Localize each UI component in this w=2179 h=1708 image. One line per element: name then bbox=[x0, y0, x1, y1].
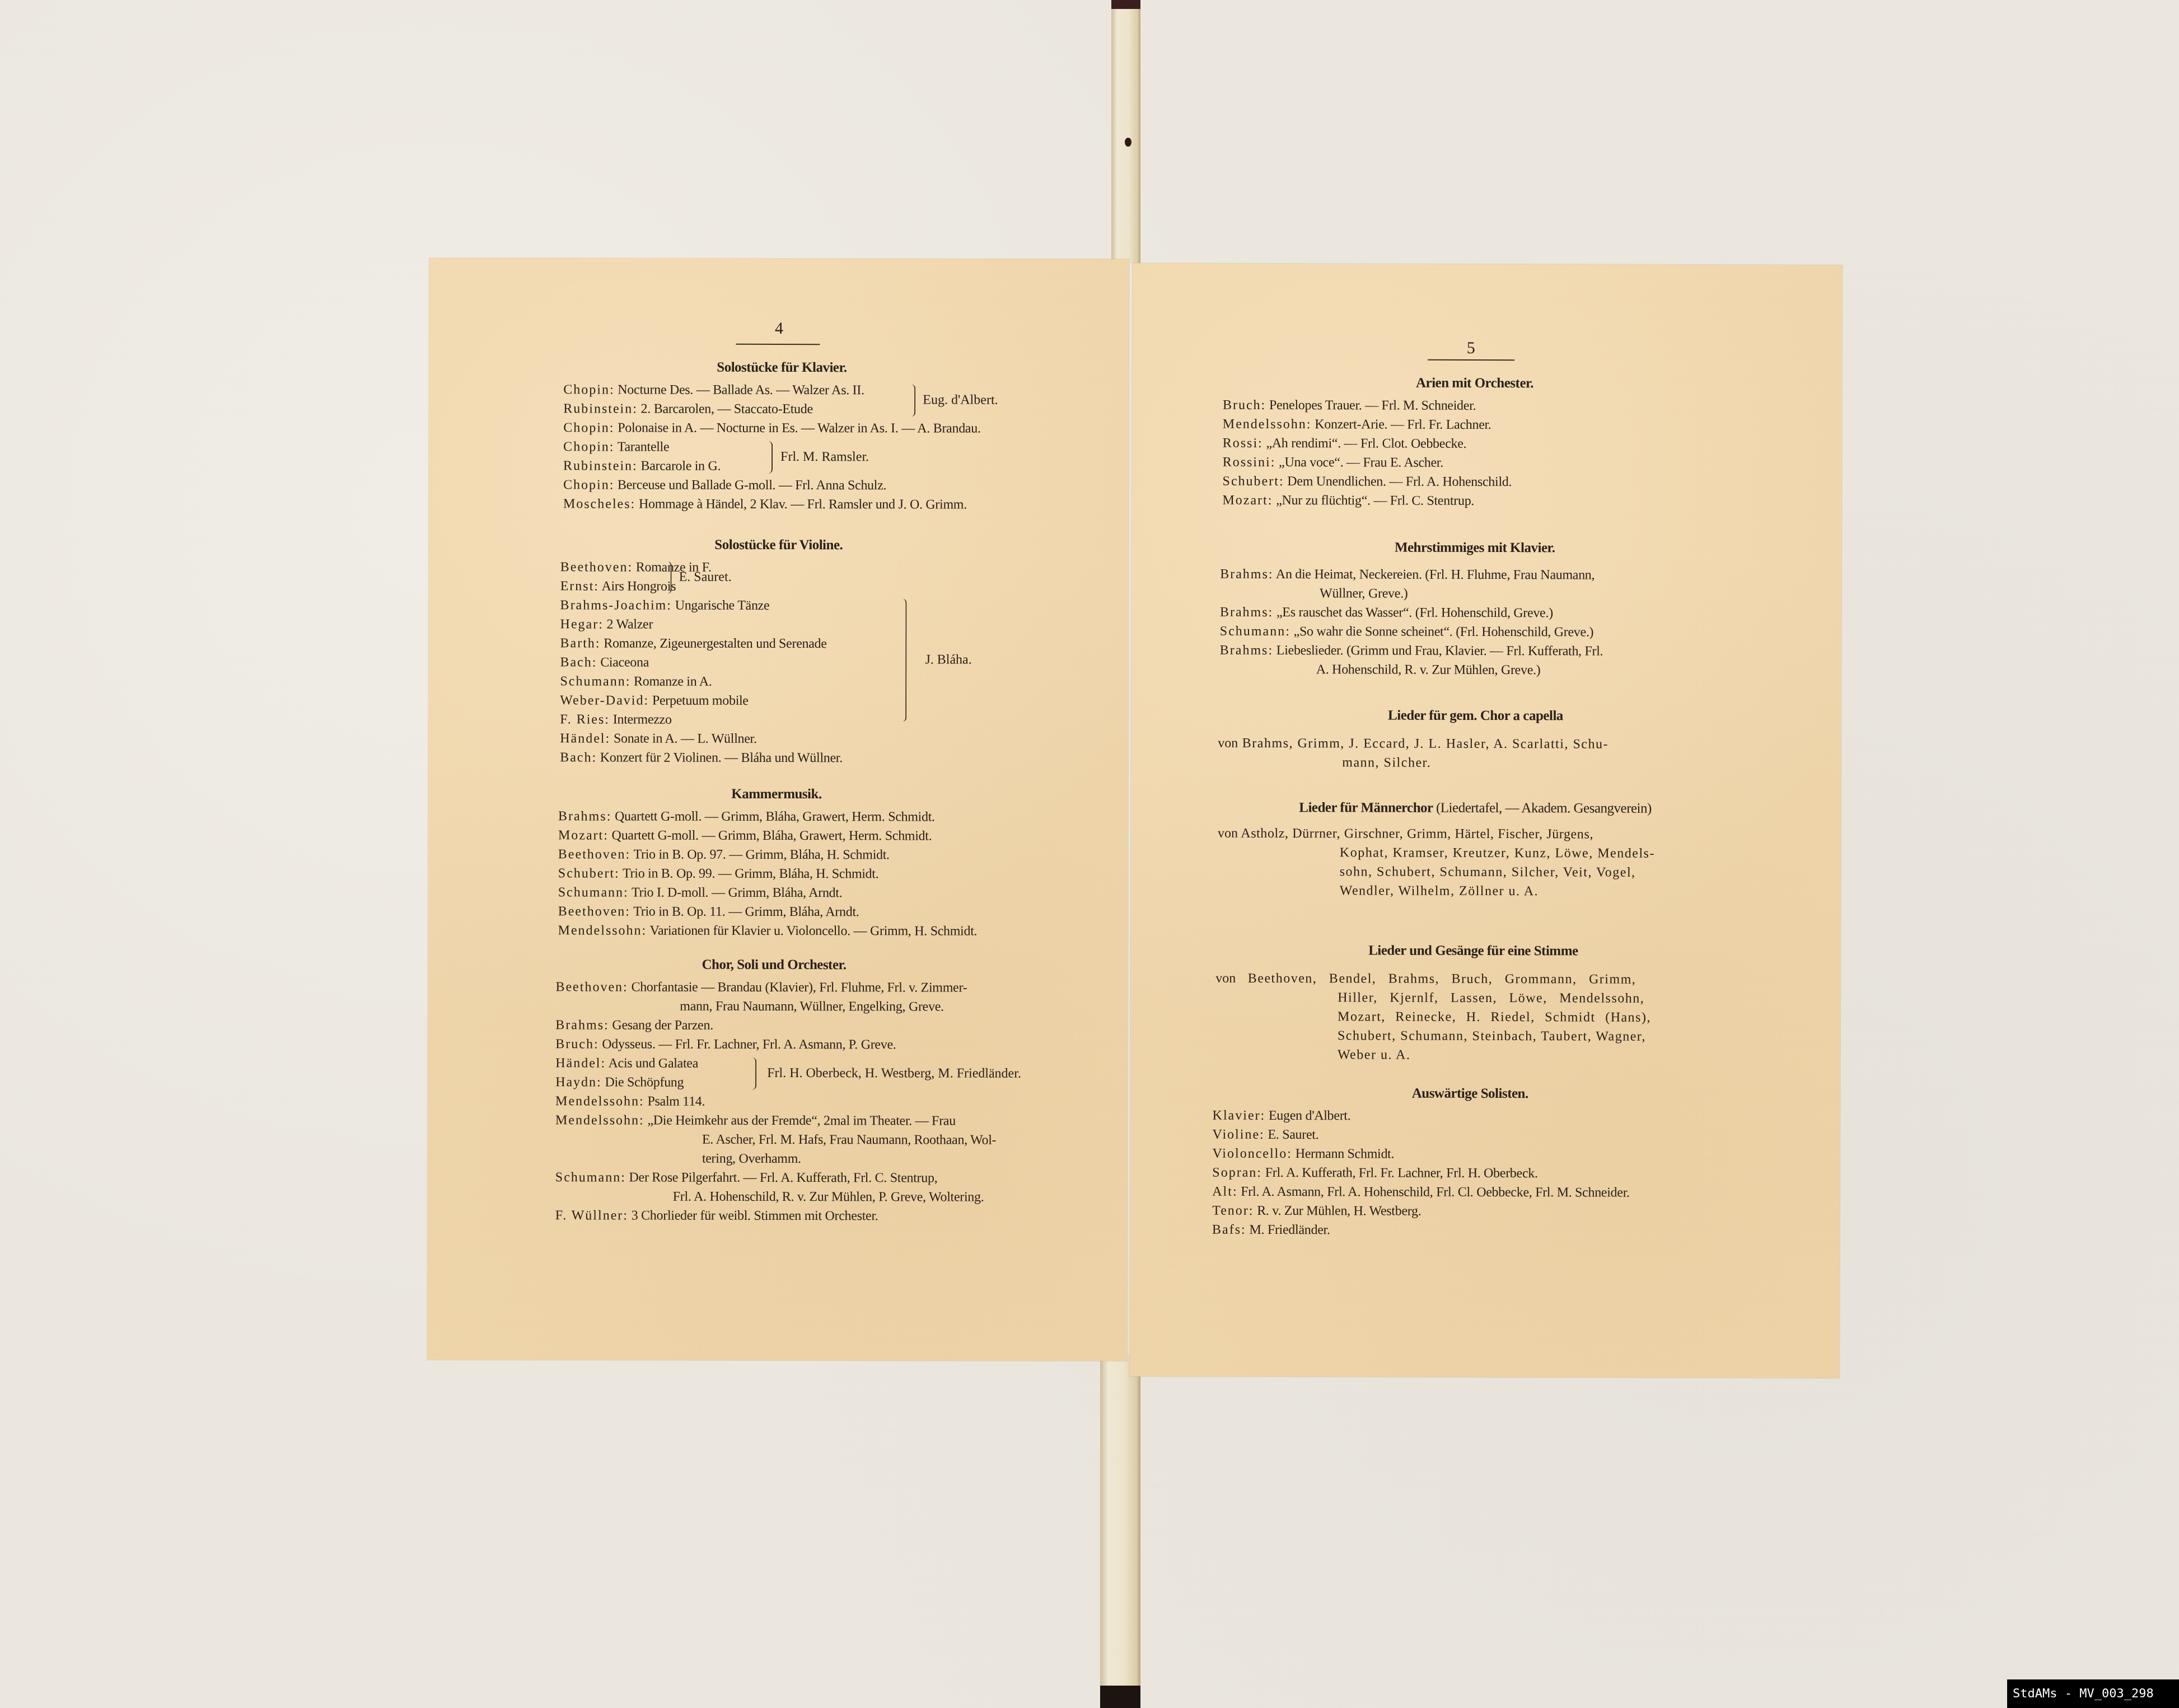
work: Quartett G-moll. — Grimm, Bláha, Grawert… bbox=[612, 828, 932, 843]
program-line: Moscheles: Hommage à Händel, 2 Klav. — F… bbox=[563, 494, 1123, 514]
work: „Una voce“. — Frau E. Ascher. bbox=[1279, 455, 1443, 470]
composer: Händel: bbox=[560, 731, 610, 746]
spine-cap bbox=[1111, 0, 1140, 9]
program-line: Rossi: „Ah rendimi“. — Frl. Clot. Oebbec… bbox=[1223, 434, 1811, 455]
section-solo-klavier: Solostücke für Klavier. Chopin: Nocturne… bbox=[563, 358, 1123, 514]
work: „So wahr die Sonne scheinet“. (Frl. Hohe… bbox=[1294, 624, 1594, 639]
program-line: Beethoven: Romanze in F. bbox=[560, 558, 1120, 578]
work: Barcarole in G. bbox=[640, 459, 721, 474]
composer: Chopin: bbox=[563, 382, 614, 397]
brace-group-dalbert: Chopin: Nocturne Des. — Ballade As. — Wa… bbox=[563, 380, 1123, 419]
soloist-line: Klavier: Eugen d'Albert. bbox=[1213, 1106, 1801, 1127]
program-line: Rossini: „Una voce“. — Frau E. Ascher. bbox=[1223, 453, 1811, 474]
composer-list-continuation: mann, Silcher. bbox=[1218, 753, 1806, 774]
instrument: Violoncello: bbox=[1212, 1147, 1292, 1161]
brace-icon bbox=[765, 441, 773, 474]
left-page: 4 Solostücke für Klavier. Chopin: Noctur… bbox=[427, 258, 1129, 1361]
work: Die Schöpfung bbox=[605, 1075, 684, 1089]
work: „Ah rendimi“. — Frl. Clot. Oebbecke. bbox=[1266, 436, 1466, 451]
soloist-line: Violoncello: Hermann Schmidt. bbox=[1212, 1144, 1800, 1165]
performer: Frl. M. Ramsler. bbox=[780, 447, 869, 466]
section-heading: Solostücke für Klavier. bbox=[563, 358, 1000, 377]
program-line-continuation: E. Ascher, Frl. M. Hafs, Frau Naumann, R… bbox=[555, 1130, 1115, 1150]
composer: Rossi: bbox=[1223, 436, 1263, 451]
composer: Hegar: bbox=[560, 617, 604, 631]
program-line: Mendelssohn: „Die Heimkehr aus der Fremd… bbox=[555, 1111, 1115, 1131]
performer: Frl. H. Oberbeck, H. Westberg, M. Friedl… bbox=[767, 1064, 1021, 1083]
right-page: 5 Arien mit Orchester. Bruch: Penelopes … bbox=[1129, 263, 1842, 1378]
program-line: Beethoven: Trio in B. Op. 97. — Grimm, B… bbox=[558, 845, 1118, 865]
work: „Es rauschet das Wasser“. (Frl. Hohensch… bbox=[1276, 605, 1553, 620]
work: Quartett G-moll. — Grimm, Bláha, Grawert… bbox=[615, 809, 935, 824]
composer-list-continuation: Weber u. A. bbox=[1215, 1045, 1803, 1066]
composer: Weber-David: bbox=[560, 693, 649, 708]
program-line: Chopin: Berceuse und Ballade G-moll. — F… bbox=[563, 475, 1123, 495]
section-heading: Kammermusik. bbox=[558, 784, 995, 804]
work: Tarantelle bbox=[618, 439, 670, 454]
section-heading: Solostücke für Violine. bbox=[560, 535, 997, 555]
work: Konzert-Arie. — Frl. Fr. Lachner. bbox=[1315, 417, 1491, 432]
program-line: Händel: Sonate in A. — L. Wüllner. bbox=[560, 729, 1120, 749]
brace-group-oberbeck: Händel: Acis und Galatea Haydn: Die Schö… bbox=[555, 1054, 1115, 1093]
program-line: Weber-David: Perpetuum mobile bbox=[560, 691, 1120, 711]
composer: Beethoven: bbox=[558, 904, 630, 919]
section-gem-chor: Lieder für gem. Chor a capella von Brahm… bbox=[1218, 706, 1806, 774]
work: „Nur zu flüchtig“. — Frl. C. Stentrup. bbox=[1276, 493, 1474, 508]
work: Konzert für 2 Violinen. — Bláha und Wüll… bbox=[600, 750, 843, 765]
brace-group-sauret: Beethoven: Romanze in F. Ernst: Airs Hon… bbox=[560, 558, 1120, 597]
composer: Schumann: bbox=[1220, 624, 1290, 639]
work: Dem Unendlichen. — Frl. A. Hohenschild. bbox=[1287, 474, 1512, 489]
composer: F. Ries: bbox=[560, 712, 610, 727]
work: Odysseus. — Frl. Fr. Lachner, Frl. A. As… bbox=[602, 1037, 896, 1052]
program-line: Chopin: Nocturne Des. — Ballade As. — Wa… bbox=[563, 380, 1123, 400]
program-line: Schumann: Trio I. D-moll. — Grimm, Bláha… bbox=[558, 883, 1118, 903]
composer: Brahms-Joachim: bbox=[560, 598, 672, 612]
composer: Barth: bbox=[560, 636, 600, 651]
program-line: Chopin: Polonaise in A. — Nocturne in Es… bbox=[563, 418, 1123, 438]
section-solo-violine: Solostücke für Violine. Beethoven: Roman… bbox=[560, 535, 1120, 768]
work: 3 Chorlieder für weibl. Stimmen mit Orch… bbox=[632, 1209, 878, 1224]
program-line: Schumann: Der Rose Pilgerfahrt. — Frl. A… bbox=[555, 1168, 1115, 1188]
composer: Schumann: bbox=[560, 674, 630, 689]
program-line: Brahms: Liebeslieder. (Grimm und Frau, K… bbox=[1220, 641, 1808, 662]
composer: Chopin: bbox=[563, 439, 614, 454]
composer: Bruch: bbox=[555, 1037, 598, 1051]
program-line: F. Wüllner: 3 Chorlieder für weibl. Stim… bbox=[555, 1206, 1115, 1226]
work: Penelopes Trauer. — Frl. M. Schneider. bbox=[1269, 398, 1476, 413]
work: Intermezzo bbox=[613, 712, 672, 727]
composer-list-continuation: Kophat, Kramser, Kreutzer, Kunz, Löwe, M… bbox=[1218, 843, 1806, 864]
work: Psalm 114. bbox=[647, 1094, 705, 1109]
composer: Brahms: bbox=[558, 809, 611, 823]
soloist-line: Alt: Frl. A. Asmann, Frl. A. Hohenschild… bbox=[1212, 1182, 1800, 1203]
composer: Brahms: bbox=[1220, 567, 1273, 582]
program-line: Beethoven: Chorfantasie — Brandau (Klavi… bbox=[555, 977, 1115, 998]
program-line: Hegar: 2 Walzer bbox=[560, 615, 1120, 635]
soloist-names: E. Sauret. bbox=[1268, 1127, 1318, 1142]
instrument: Violine: bbox=[1212, 1127, 1264, 1142]
section-heading: Mehrstimmiges mit Klavier. bbox=[1220, 538, 1729, 558]
work: Der Rose Pilgerfahrt. — Frl. A. Kufferat… bbox=[629, 1171, 938, 1186]
instrument: Tenor: bbox=[1212, 1204, 1254, 1218]
composer: Brahms: bbox=[555, 1018, 609, 1032]
von-label: von bbox=[1215, 971, 1236, 986]
soloist-names: Frl. A. Kufferath, Frl. Fr. Lachner, Frl… bbox=[1265, 1166, 1538, 1181]
program-line: Mendelssohn: Psalm 114. bbox=[555, 1092, 1115, 1112]
soloist-line: Violine: E. Sauret. bbox=[1212, 1125, 1800, 1146]
work: Sonate in A. — L. Wüllner. bbox=[614, 731, 757, 746]
composer: Moscheles: bbox=[563, 497, 635, 511]
composer: Haydn: bbox=[555, 1075, 602, 1089]
instrument: Sopran: bbox=[1212, 1166, 1262, 1180]
composer: Brahms: bbox=[1220, 643, 1273, 658]
work: Trio in B. Op. 99. — Grimm, Bláha, H. Sc… bbox=[623, 867, 878, 882]
program-line: Brahms: Quartett G-moll. — Grimm, Bláha,… bbox=[558, 807, 1118, 827]
work: Trio in B. Op. 11. — Grimm, Bláha, Arndt… bbox=[633, 905, 859, 920]
work: Liebeslieder. (Grimm und Frau, Klavier. … bbox=[1276, 643, 1603, 659]
composer-list-continuation: Mozart, Reinecke, H. Riedel, Schmidt (Ha… bbox=[1215, 1007, 1803, 1028]
heading-main: Lieder für Männerchor bbox=[1299, 800, 1433, 816]
program-line: Mendelssohn: Konzert-Arie. — Frl. Fr. La… bbox=[1223, 415, 1811, 436]
composer-list: von Astholz, Dürrner, Girschner, Grimm, … bbox=[1218, 824, 1806, 845]
composer: Bruch: bbox=[1223, 398, 1266, 413]
section-heading: Arien mit Orchester. bbox=[1223, 373, 1727, 394]
composer: F. Wüllner: bbox=[555, 1208, 628, 1223]
composer: Beethoven: bbox=[560, 560, 633, 574]
program-line: Bruch: Odysseus. — Frl. Fr. Lachner, Frl… bbox=[555, 1035, 1115, 1055]
program-line: Ernst: Airs Hongrois bbox=[560, 577, 1120, 597]
program-line: Beethoven: Trio in B. Op. 11. — Grimm, B… bbox=[558, 902, 1118, 922]
program-line-continuation: Frl. A. Hohenschild, R. v. Zur Mühlen, P… bbox=[555, 1187, 1115, 1207]
von-label: von bbox=[1218, 826, 1238, 841]
composer: Schubert: bbox=[1223, 474, 1284, 489]
program-line: Barth: Romanze, Zigeunergestalten und Se… bbox=[560, 634, 1120, 654]
work: 2. Barcarolen, — Staccato-Etude bbox=[641, 402, 813, 417]
composer: Beethoven: bbox=[555, 980, 628, 994]
composer-names: Astholz, Dürrner, Girschner, Grimm, Härt… bbox=[1241, 826, 1593, 842]
program-line: Mozart: Quartett G-moll. — Grimm, Bláha,… bbox=[558, 826, 1118, 846]
work: Polonaise in A. — Nocturne in Es. — Walz… bbox=[618, 420, 980, 436]
program-line: Schubert: Dem Unendlichen. — Frl. A. Hoh… bbox=[1223, 472, 1811, 493]
page-number: 5 bbox=[1443, 340, 1499, 357]
performer: E. Sauret. bbox=[679, 568, 732, 587]
program-line: Mendelssohn: Variationen für Klavier u. … bbox=[558, 921, 1118, 941]
composer: Beethoven: bbox=[558, 847, 630, 862]
program-line-continuation: tering, Overhamm. bbox=[555, 1149, 1115, 1169]
section-heading: Lieder für Männerchor (Liedertafel, — Ak… bbox=[1218, 798, 1733, 818]
instrument: Bafs: bbox=[1212, 1223, 1246, 1237]
composer-list-continuation: Hiller, Kjernlf, Lassen, Löwe, Mendelsso… bbox=[1215, 988, 1803, 1009]
work: Acis und Galatea bbox=[609, 1056, 699, 1070]
composer: Ernst: bbox=[560, 579, 599, 593]
section-maennerchor: Lieder für Männerchor (Liedertafel, — Ak… bbox=[1218, 798, 1806, 902]
program-line-continuation: mann, Frau Naumann, Wüllner, Engelking, … bbox=[555, 996, 1115, 1017]
composer: Mendelssohn: bbox=[1223, 417, 1312, 432]
work: 2 Walzer bbox=[607, 617, 653, 631]
section-auswaertige-solisten: Auswärtige Solisten. Klavier: Eugen d'Al… bbox=[1212, 1084, 1801, 1241]
program-line: Brahms: An die Heimat, Neckereien. (Frl.… bbox=[1220, 565, 1808, 586]
work: An die Heimat, Neckereien. (Frl. H. Fluh… bbox=[1276, 567, 1594, 582]
composer: Chopin: bbox=[563, 478, 614, 492]
work: Perpetuum mobile bbox=[652, 694, 749, 708]
program-line-continuation: A. Hohenschild, R. v. Zur Mühlen, Greve.… bbox=[1220, 660, 1808, 681]
program-line: Schumann: „So wahr die Sonne scheinet“. … bbox=[1220, 622, 1808, 643]
composer-names: Beethoven, Bendel, Brahms, Bruch, Gromma… bbox=[1248, 971, 1636, 987]
page-number: 4 bbox=[751, 320, 807, 337]
work: Chorfantasie — Brandau (Klavier), Frl. F… bbox=[631, 980, 967, 995]
brace-icon bbox=[749, 1057, 756, 1090]
composer: Mendelssohn: bbox=[558, 923, 647, 938]
von-label: von bbox=[1218, 736, 1238, 751]
program-line: Schumann: Romanze in A. bbox=[560, 672, 1120, 692]
program-line: Bruch: Penelopes Trauer. — Frl. M. Schne… bbox=[1223, 396, 1811, 417]
program-line: Brahms: Gesang der Parzen. bbox=[555, 1016, 1115, 1036]
composer-list-continuation: Schubert, Schumann, Steinbach, Taubert, … bbox=[1215, 1026, 1803, 1047]
work: Romanze, Zigeunergestalten und Serenade bbox=[604, 636, 826, 651]
section-heading: Auswärtige Solisten. bbox=[1213, 1084, 1728, 1104]
section-heading: Chor, Soli und Orchester. bbox=[555, 955, 992, 975]
program-line: Bach: Konzert für 2 Violinen. — Bláha un… bbox=[560, 748, 1120, 768]
section-kammermusik: Kammermusik. Brahms: Quartett G-moll. — … bbox=[558, 784, 1118, 941]
program-line: Rubinstein: 2. Barcarolen, — Staccato-Et… bbox=[563, 399, 1123, 419]
page-number-rule bbox=[736, 344, 820, 345]
composer: Chopin: bbox=[563, 420, 614, 435]
composer-list: von Brahms, Grimm, J. Eccard, J. L. Hasl… bbox=[1218, 734, 1806, 755]
section-heading: Lieder für gem. Chor a capella bbox=[1218, 706, 1733, 726]
instrument: Alt: bbox=[1212, 1185, 1237, 1199]
work: Berceuse und Ballade G-moll. — Frl. Anna… bbox=[618, 478, 886, 493]
page-number-rule bbox=[1428, 359, 1514, 361]
composer-list-continuation: Wendler, Wilhelm, Zöllner u. A. bbox=[1218, 881, 1806, 902]
program-line: F. Ries: Intermezzo bbox=[560, 710, 1120, 730]
work: Variationen für Klavier u. Violoncello. … bbox=[650, 924, 978, 939]
section-chor-soli-orchester: Chor, Soli und Orchester. Beethoven: Cho… bbox=[555, 955, 1116, 1226]
section-eine-stimme: Lieder und Gesänge für eine Stimme von B… bbox=[1215, 941, 1804, 1066]
brace-group-blaha: Brahms-Joachim: Ungarische Tänze Hegar: … bbox=[560, 596, 1120, 730]
composer-list-continuation: sohn, Schubert, Schumann, Silcher, Veit,… bbox=[1218, 862, 1806, 883]
brace-icon bbox=[899, 598, 906, 722]
work: Nocturne Des. — Ballade As. — Walzer As.… bbox=[618, 382, 864, 397]
work: Hommage à Händel, 2 Klav. — Frl. Ramsler… bbox=[639, 497, 967, 512]
program-line: Schubert: Trio in B. Op. 99. — Grimm, Bl… bbox=[558, 864, 1118, 884]
program-line: Brahms-Joachim: Ungarische Tänze bbox=[560, 596, 1120, 616]
composer: Mozart: bbox=[1222, 493, 1273, 508]
composer: Schumann: bbox=[558, 885, 629, 900]
section-arien: Arien mit Orchester. Bruch: Penelopes Tr… bbox=[1222, 373, 1811, 512]
work: Gesang der Parzen. bbox=[612, 1018, 713, 1032]
soloist-names: Frl. A. Asmann, Frl. A. Hohenschild, Frl… bbox=[1241, 1185, 1630, 1200]
composer: Mozart: bbox=[558, 828, 609, 843]
program-line: Bach: Ciaceona bbox=[560, 653, 1120, 673]
brace-icon bbox=[908, 384, 915, 417]
composer: Rubinstein: bbox=[563, 401, 638, 416]
composer: Schubert: bbox=[558, 866, 620, 881]
soloist-line: Bafs: M. Friedländer. bbox=[1212, 1220, 1800, 1241]
section-heading: Lieder und Gesänge für eine Stimme bbox=[1215, 941, 1731, 961]
soloist-line: Sopran: Frl. A. Kufferath, Frl. Fr. Lach… bbox=[1212, 1163, 1800, 1184]
section-mehrstimmiges: Mehrstimmiges mit Klavier. Brahms: An di… bbox=[1220, 538, 1808, 681]
work: Romanze in A. bbox=[634, 675, 712, 689]
program-line: Mozart: „Nur zu flüchtig“. — Frl. C. Ste… bbox=[1222, 491, 1810, 512]
brace-group-ramsler: Chopin: Tarantelle Rubinstein: Barcarole… bbox=[563, 437, 1123, 476]
work: Ciaceona bbox=[600, 655, 649, 670]
soloist-line: Tenor: R. v. Zur Mühlen, H. Westberg. bbox=[1212, 1201, 1800, 1222]
composer: Rubinstein: bbox=[563, 458, 638, 473]
program-line-continuation: Wüllner, Greve.) bbox=[1220, 584, 1808, 605]
composer: Mendelssohn: bbox=[555, 1113, 644, 1127]
composer: Bach: bbox=[560, 655, 597, 670]
composer-names: Brahms, Grimm, J. Eccard, J. L. Hasler, … bbox=[1242, 736, 1608, 752]
spine-cap bbox=[1100, 1686, 1140, 1708]
soloist-names: Hermann Schmidt. bbox=[1296, 1147, 1395, 1161]
composer: Rossini: bbox=[1223, 455, 1276, 470]
composer: Brahms: bbox=[1220, 605, 1273, 620]
work: Trio in B. Op. 97. — Grimm, Bláha, H. Sc… bbox=[633, 848, 889, 863]
composer: Mendelssohn: bbox=[555, 1094, 644, 1108]
archive-id-label: StdAMs - MV_003_298 bbox=[2007, 1679, 2179, 1708]
performer: J. Bláha. bbox=[925, 650, 971, 669]
soloist-names: M. Friedländer. bbox=[1249, 1223, 1330, 1237]
heading-suffix: (Liedertafel, — Akadem. Gesangverein) bbox=[1436, 801, 1652, 816]
soloist-names: R. v. Zur Mühlen, H. Westberg. bbox=[1257, 1204, 1421, 1219]
composer-list: von Beethoven, Bendel, Brahms, Bruch, Gr… bbox=[1215, 969, 1803, 990]
program-line: Brahms: „Es rauschet das Wasser“. (Frl. … bbox=[1220, 603, 1808, 624]
work: Ungarische Tänze bbox=[675, 598, 770, 613]
work: „Die Heimkehr aus der Fremde“, 2mal im T… bbox=[647, 1113, 956, 1129]
spine-stain bbox=[1125, 138, 1131, 147]
composer: Händel: bbox=[555, 1056, 606, 1070]
composer: Schumann: bbox=[555, 1170, 626, 1185]
book-spine-top bbox=[1111, 0, 1140, 263]
book-spine-bottom bbox=[1100, 1355, 1140, 1708]
composer: Bach: bbox=[560, 750, 597, 765]
soloist-names: Eugen d'Albert. bbox=[1269, 1108, 1351, 1123]
instrument: Klavier: bbox=[1213, 1108, 1266, 1123]
work: Trio I. D-moll. — Grimm, Bláha, Arndt. bbox=[632, 886, 842, 901]
brace-icon bbox=[664, 561, 672, 594]
performer: Eug. d'Albert. bbox=[923, 390, 998, 409]
